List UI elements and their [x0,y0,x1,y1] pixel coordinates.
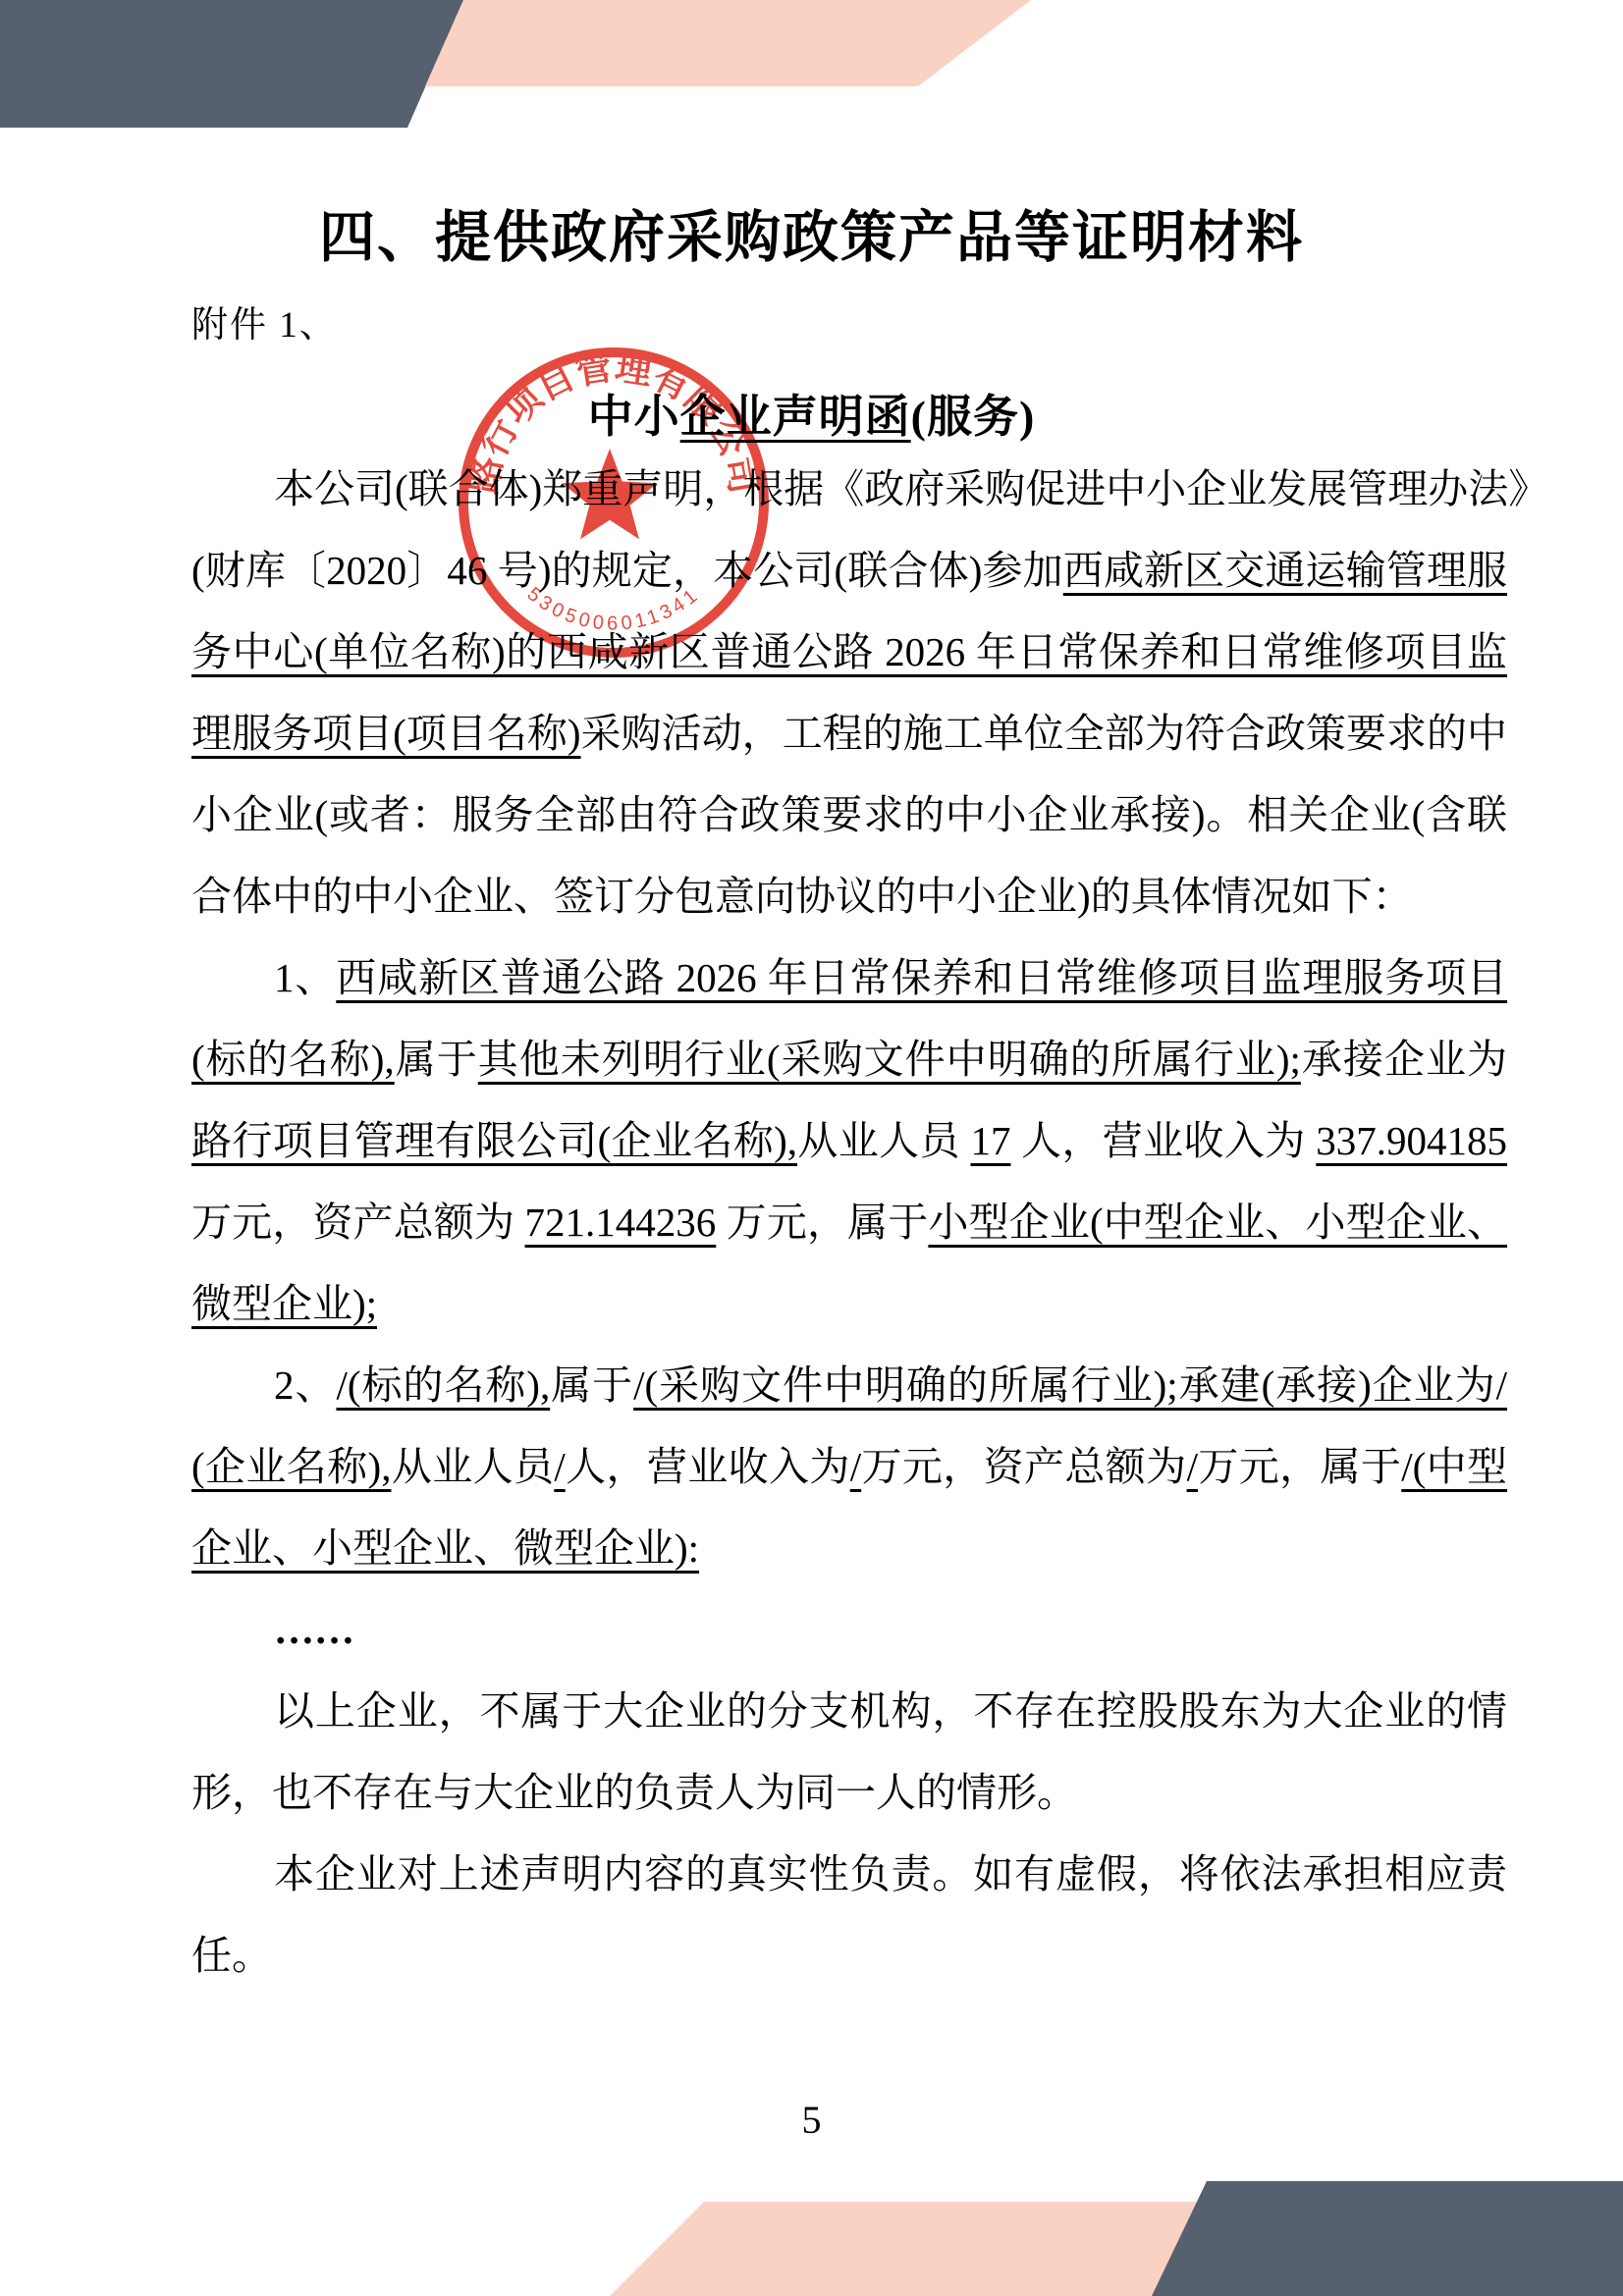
text-run: 人，营业收入为 [1010,1118,1316,1163]
underlined-text-run: (企业名称), [191,1444,391,1489]
text-line: 合体中的中小企业、签订分包意向协议的中小企业)的具体情况如下： [191,856,1507,937]
text-run: 以上企业，不属于大企业的分支机构，不存在控股股东为大企业的情 [274,1688,1507,1734]
text-run: 万元，属于 [716,1200,928,1245]
underlined-text-run: /(中型 [1401,1444,1507,1489]
text-run: 人，营业收入为 [566,1444,850,1489]
underlined-text-run: / [1187,1444,1198,1489]
text-line: (财库〔2020〕46 号)的规定，本公司(联合体)参加西咸新区交通运输管理服 [191,530,1507,612]
document-page: 四、提供政府采购政策产品等证明材料 附件 1、 中小企业声明函(服务) 本公司(… [0,0,1623,2296]
underlined-text-run: 理服务项目(项目名称) [191,711,581,756]
text-run: 万元，属于 [1198,1444,1401,1489]
text-run: 万元，资产总额为 [861,1444,1186,1489]
text-line: 务中心(单位名称)的西咸新区普通公路 2026 年日常保养和日常维修项目监 [191,612,1507,693]
text-line: 理服务项目(项目名称)采购活动，工程的施工单位全部为符合政策要求的中 [191,693,1507,774]
decor-bottom-pink-shape [610,2202,1211,2296]
underlined-text-run: / [554,1444,565,1489]
text-run: 属于 [395,1037,478,1082]
text-run: …… [274,1607,354,1652]
text-line: 小企业(或者：服务全部由符合政策要求的中小企业承接)。相关企业(含联 [191,774,1507,856]
text-run: 任。 [191,1933,272,1978]
text-run: 承接企业为 [1301,1037,1507,1082]
text-run: 从业人员 [391,1444,554,1489]
underlined-text-run: 其他未列明行业(采购文件中明确的所属行业); [478,1037,1301,1082]
underlined-text-run: 企业、小型企业、微型企业): [191,1525,699,1571]
text-line: 任。 [191,1915,1507,1997]
text-line: (企业名称),从业人员/人，营业收入为/万元，资产总额为/万元，属于/(中型 [191,1426,1507,1508]
text-run: 形，也不存在与大企业的负责人为同一人的情形。 [191,1770,1077,1815]
text-line: 本企业对上述声明内容的真实性负责。如有虚假，将依法承担相应责 [191,1834,1507,1915]
text-run: 万元，资产总额为 [191,1200,525,1245]
text-run: 1、 [274,955,336,1000]
underlined-text-run: /(标的名称), [336,1362,550,1408]
text-run: 属于 [550,1362,633,1408]
heading-underlined-text: 企业声明函 [680,392,911,442]
underlined-text-run: 西咸新区普通公路 2026 年日常保养和日常维修项目监理服务项目 [336,955,1507,1000]
decor-bottom-right-dark-shape [1152,2181,1623,2296]
text-run: 合体中的中小企业、签订分包意向协议的中小企业)的具体情况如下： [191,874,1413,919]
page-number: 5 [0,2097,1623,2143]
text-line: (标的名称),属于其他未列明行业(采购文件中明确的所属行业);承接企业为 [191,1019,1507,1100]
section-title: 四、提供政府采购政策产品等证明材料 [0,192,1623,273]
decor-top-left-dark-shape [0,0,463,128]
text-line: 本公司(联合体)郑重声明，根据《政府采购促进中小企业发展管理办法》 [191,449,1507,530]
text-run: 本企业对上述声明内容的真实性负责。如有虚假，将依法承担相应责 [274,1851,1507,1896]
underlined-text-run: 721.144236 [525,1200,717,1245]
body-text: 本公司(联合体)郑重声明，根据《政府采购促进中小企业发展管理办法》(财库〔202… [191,449,1507,1997]
text-run: 本公司(联合体)郑重声明，根据《政府采购促进中小企业发展管理办法》 [274,466,1548,511]
text-run: 小企业(或者：服务全部由符合政策要求的中小企业承接)。相关企业(含联 [191,792,1507,837]
text-line: 企业、小型企业、微型企业): [191,1508,1507,1589]
heading-text: 中小 [588,392,680,442]
text-run: 采购活动，工程的施工单位全部为符合政策要求的中 [581,711,1507,756]
declaration-heading: 中小企业声明函(服务) [0,381,1623,446]
underlined-text-run: (标的名称), [191,1037,395,1082]
underlined-text-run: 西咸新区交通运输管理服 [1063,548,1507,593]
text-run: 2、 [274,1362,336,1408]
text-run: 从业人员 [797,1118,970,1163]
text-line: 2、/(标的名称),属于/(采购文件中明确的所属行业);承建(承接)企业为/ [191,1345,1507,1426]
decor-top-pink-shape [425,0,1034,86]
underlined-text-run: 务中心(单位名称)的西咸新区普通公路 2026 年日常保养和日常维修项目监 [191,629,1507,674]
text-line: …… [191,1589,1507,1671]
attachment-label: 附件 1、 [191,294,338,347]
heading-suffix: (服务) [911,392,1036,442]
text-line: 以上企业，不属于大企业的分支机构，不存在控股股东为大企业的情 [191,1671,1507,1752]
text-run: (财库〔2020〕46 号)的规定，本公司(联合体)参加 [191,548,1063,593]
text-line: 1、西咸新区普通公路 2026 年日常保养和日常维修项目监理服务项目 [191,937,1507,1019]
text-line: 路行项目管理有限公司(企业名称),从业人员 17 人，营业收入为 337.904… [191,1100,1507,1182]
text-line: 微型企业); [191,1263,1507,1345]
underlined-text-run: /(采购文件中明确的所属行业);承建(承接)企业为/ [633,1362,1507,1408]
text-line: 万元，资产总额为 721.144236 万元，属于小型企业(中型企业、小型企业、 [191,1182,1507,1263]
underlined-text-run: 小型企业(中型企业、小型企业、 [928,1200,1507,1245]
underlined-text-run: 337.904185 [1316,1118,1507,1163]
text-line: 形，也不存在与大企业的负责人为同一人的情形。 [191,1752,1507,1834]
underlined-text-run: 17 [970,1118,1010,1163]
underlined-text-run: 微型企业); [191,1281,377,1326]
underlined-text-run: / [850,1444,861,1489]
underlined-text-run: 路行项目管理有限公司(企业名称), [191,1118,797,1163]
